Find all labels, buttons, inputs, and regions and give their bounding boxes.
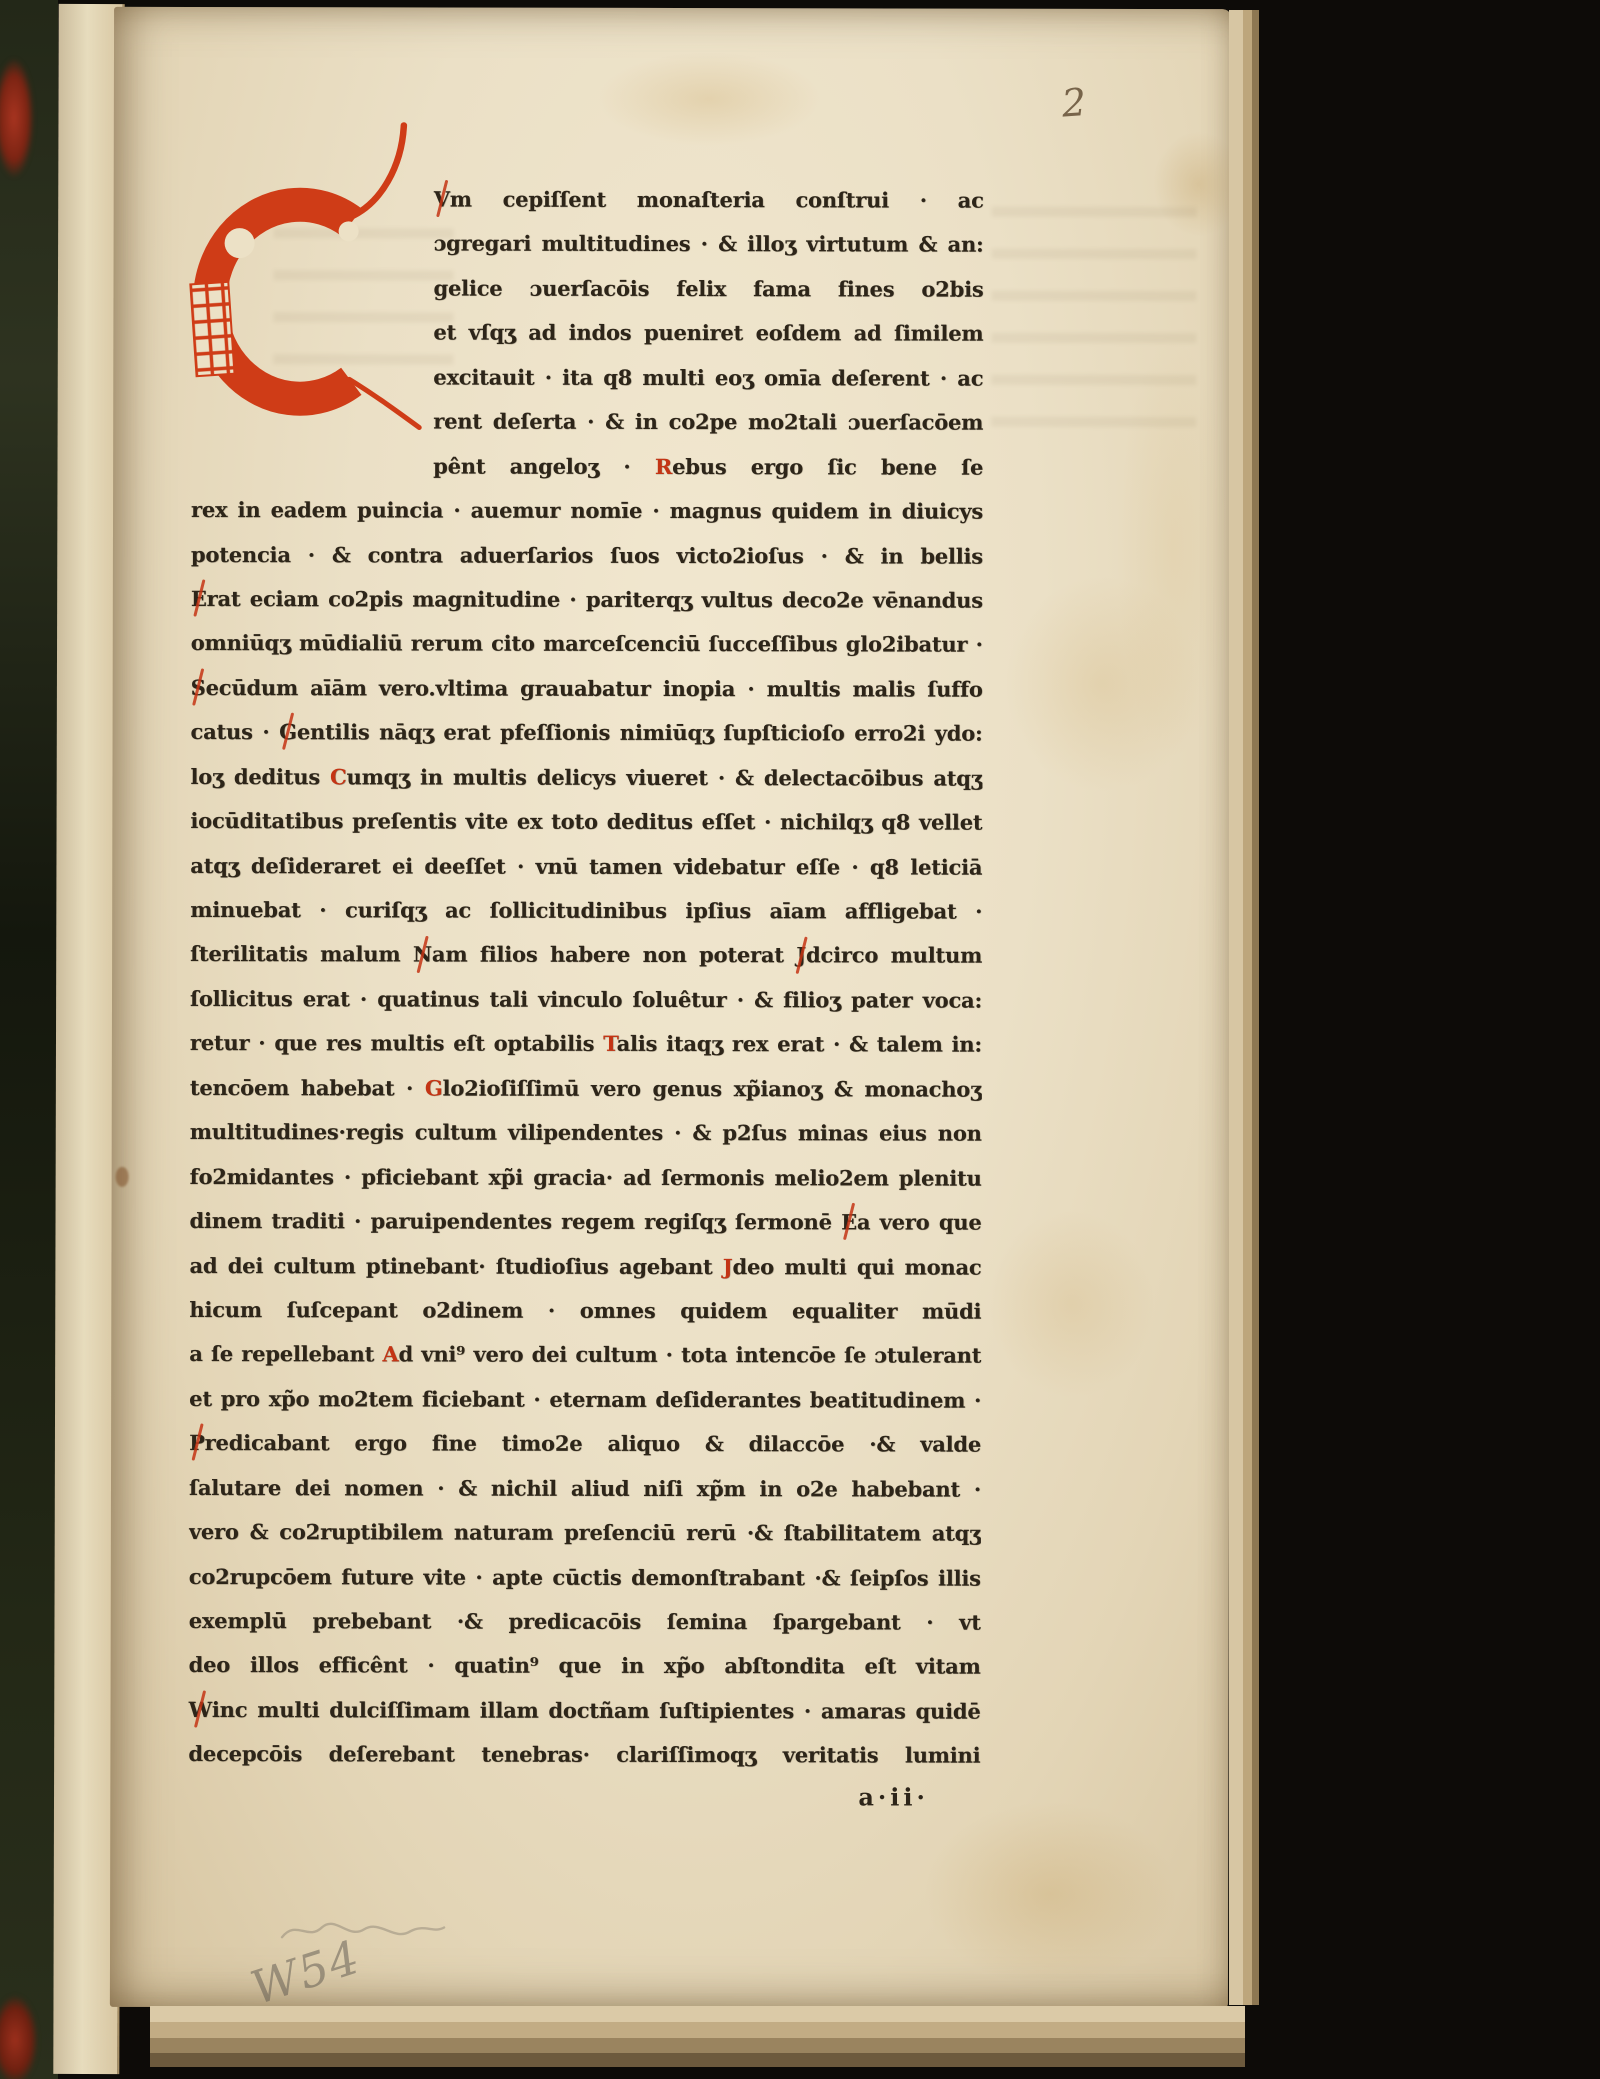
line-text: minuebat · curiſqʒ ac ſollicitudinibus i… (190, 897, 982, 934)
rubricated-letter: G (425, 1075, 443, 1100)
line-text: dinem traditi · paruipendentes regem reg… (190, 1208, 842, 1234)
text-line-10: Erat eciam co2pis magnitudine · pariterq… (191, 577, 983, 623)
rubricated-letter: S (191, 666, 206, 710)
line-text: redicabant ergo fine timo2e aliquo & dil… (189, 1430, 981, 1467)
line-text: potencia · & contra aduerſarios ſuos vic… (191, 541, 983, 578)
line-text: rex in eadem puincia · auemur nomīe · ma… (191, 497, 983, 534)
text-line-3: gelice ɔuerſacōis felix fama fines o2bis… (433, 266, 983, 312)
text-line-22: multitudines·regis cultum vilipendentes … (190, 1110, 982, 1156)
line-text: rent deſerta · & in co2pe mo2tali ɔuerſa… (433, 409, 983, 446)
text-line-12: Secūdum aīām vero.vltima grauabatur inop… (191, 666, 983, 712)
stain (880, 1768, 1221, 2019)
line-text: tencōem habebat · (190, 1075, 425, 1100)
folio-number: 2 (1060, 80, 1087, 126)
fore-edge-leaf (1229, 10, 1243, 2005)
text-line-11: omniūqʒ mūdialiū rerum cito marceſcenciū… (191, 621, 983, 667)
stain (1097, 269, 1248, 829)
line-text: iocūditatibus preſentis vite ex toto ded… (190, 808, 982, 835)
line-text: fo2midantes · pficiebant xp̃i gracia· ad… (190, 1164, 982, 1191)
line-text: multitudines·regis cultum vilipendentes … (190, 1119, 982, 1146)
text-line-21: tencōem habebat · Glo2ioſiſſimū vero gen… (190, 1066, 982, 1112)
rubricated-letter: N (413, 933, 432, 977)
line-text: alis itaqʒ rex erat · & talem in: (617, 1031, 982, 1057)
rubricated-letter: E (191, 577, 207, 621)
line-text: ſterilitatis malum (190, 941, 413, 966)
fore-edge-leaf (1252, 10, 1259, 2005)
rubricated-letter: P (189, 1421, 205, 1465)
line-text: rat eciam co2pis magnitudine · pariterqʒ… (207, 586, 983, 613)
rubricated-letter: T (603, 1031, 616, 1056)
text-line-20: retur · que res multis eſt optabilis Tal… (190, 1021, 982, 1067)
text-line-16: atqʒ deſideraret ei deeſſet · vnū tamen … (190, 844, 982, 890)
rubricated-letter: J (723, 1254, 733, 1279)
text-line-26: hicum ſuſcepant o2dinem · omnes quidem e… (189, 1288, 981, 1334)
line-text: vero & co2ruptibilem naturam preſenciū r… (189, 1519, 981, 1556)
text-line-30: ſalutare dei nomen · & nichil aliud niſi… (189, 1466, 981, 1512)
line-text: inc multi dulciſſimam illam doctñam ſuſt… (212, 1697, 981, 1724)
line-text: umqʒ in multis delicys viueret · & delec… (347, 764, 983, 790)
line-text: omniūqʒ mūdialiū rerum cito marceſcenciū… (191, 630, 983, 657)
fore-edge-leaf (1243, 10, 1252, 2005)
tail-edge-leaf (150, 2022, 1245, 2038)
rubricated-letter: W (188, 1688, 211, 1733)
tail-edge-leaf (150, 2038, 1245, 2053)
text-line-5: excitauit · ita q8 multi eoʒ omīa deſere… (433, 355, 983, 401)
tail-edge-leaf (150, 2053, 1245, 2067)
text-line-33: exemplū prebebant ·& predicacōis ſemina … (189, 1599, 981, 1645)
line-text: m cepiſſent monaſteria conſtrui · ac mon… (434, 187, 984, 224)
ink-spot (116, 1167, 129, 1187)
signature-mark: a·ii· (858, 1782, 929, 1811)
rubricated-letter: E (841, 1200, 857, 1244)
line-text: et vſqʒ ad indos pueniret eoſdem ad ſimi… (433, 320, 983, 357)
rubricated-letter: C (330, 764, 347, 789)
rubricated-letter: V (434, 178, 450, 222)
line-text: catus · (191, 719, 280, 744)
stain (967, 534, 1238, 835)
line-text: hicum ſuſcepant o2dinem · omnes quidem e… (189, 1297, 981, 1334)
text-line-28: et pro xp̃o mo2tem ficiebant · eternam d… (189, 1377, 981, 1423)
illuminated-initial-C: C (191, 177, 434, 446)
text-line-8: rex in eadem puincia · auemur nomīe · ma… (191, 488, 983, 534)
rubricated-letter: R (655, 454, 672, 479)
text-line-36: decepcōis deſerebant tenebras· clariſſim… (188, 1732, 980, 1778)
line-text: ɔgregari multitudines · & illoʒ virtutum… (434, 231, 984, 257)
line-text: am filios habere non poterat (432, 942, 796, 968)
page: 2 C (110, 7, 1232, 2009)
tail-edge-leaf (150, 2006, 1245, 2022)
line-text: ſollicitus erat · quatinus tali vinculo … (190, 986, 982, 1013)
text-line-19: ſollicitus erat · quatinus tali vinculo … (190, 977, 982, 1023)
line-text: deo illos efficênt · quatin⁹ que in xp̃o… (189, 1652, 981, 1689)
book-board-edge (0, 0, 58, 2079)
text-line-23: fo2midantes · pficiebant xp̃i gracia· ad… (190, 1155, 982, 1201)
text-line-35: Winc multi dulciſſimam illam doctñam ſuſ… (188, 1688, 980, 1734)
stain (554, 34, 864, 165)
text-line-2: ɔgregari multitudines · & illoʒ virtutum… (434, 222, 984, 268)
rubricated-letter: G (279, 710, 297, 754)
text-line-17: minuebat · curiſqʒ ac ſollicitudinibus i… (190, 888, 982, 934)
text-line-9: potencia · & contra aduerſarios ſuos vic… (191, 532, 983, 578)
text-block: C (188, 177, 983, 1778)
red-cloth-spine-top (0, 58, 34, 178)
line-text: ecūdum aīām vero.vltima grauabatur inopi… (206, 675, 983, 702)
line-text: lo2ioſiſſimū vero genus xp̃ianoʒ & monac… (443, 1075, 982, 1101)
photograph-of-incunable-page: 2 C (0, 0, 1600, 2079)
line-text: d vni⁹ vero dei cultum · tota intencōe ſ… (399, 1342, 982, 1368)
line-text: entilis nāqʒ erat pfeſſionis nimiūqʒ ſup… (297, 719, 983, 745)
red-cloth-spine-bottom (0, 1995, 38, 2079)
line-text: et pro xp̃o mo2tem ficiebant · eternam d… (189, 1386, 981, 1413)
text-line-18: ſterilitatis malum Nam filios habere non… (190, 932, 982, 978)
text-line-13: catus · Gentilis nāqʒ erat pfeſſionis ni… (191, 710, 983, 756)
text-line-14: loʒ deditus Cumqʒ in multis delicys viue… (190, 755, 982, 801)
line-text: loʒ deditus (190, 764, 330, 789)
text-line-7: pênt angeloʒ · Rebus ergo ſic bene ſe ha… (433, 444, 983, 490)
line-text: excitauit · ita q8 multi eoʒ omīa deſere… (433, 364, 983, 401)
line-text: atqʒ deſideraret ei deeſſet · vnū tamen … (190, 853, 982, 890)
line-text: decepcōis deſerebant tenebras· clariſſim… (188, 1741, 980, 1778)
text-line-15: iocūditatibus preſentis vite ex toto ded… (190, 799, 982, 845)
text-line-27: a ſe repellebant Ad vni⁹ vero dei cultum… (189, 1332, 981, 1378)
text-line-6: rent deſerta · & in co2pe mo2tali ɔuerſa… (433, 400, 983, 446)
text-line-25: ad dei cultum ptinebant· ſtudioſius ageb… (189, 1243, 981, 1289)
stain (956, 1174, 1187, 1434)
rubricated-letter: A (382, 1342, 398, 1367)
line-text: deo multi qui monac (733, 1254, 982, 1280)
line-text: a ſe repellebant (189, 1341, 382, 1366)
text-line-31: vero & co2ruptibilem naturam preſenciū r… (189, 1510, 981, 1556)
bleedthrough-text (991, 194, 1197, 439)
line-text: ad dei cultum ptinebant· ſtudioſius ageb… (189, 1252, 722, 1278)
line-text: co2rupcōem future vite · apte cūctis dem… (189, 1564, 981, 1591)
text-line-24: dinem traditi · paruipendentes regem reg… (190, 1199, 982, 1245)
line-text: pênt angeloʒ · (433, 453, 655, 478)
line-text: gelice ɔuerſacōis felix fama fines o2bis… (433, 275, 983, 312)
text-line-32: co2rupcōem future vite · apte cūctis dem… (189, 1555, 981, 1601)
rubricated-letter: J (796, 934, 806, 978)
text-line-29: Predicabant ergo fine timo2e aliquo & di… (189, 1421, 981, 1467)
text-line-1: Vm cepiſſent monaſteria conſtrui · ac mo… (434, 178, 984, 224)
text-line-34: deo illos efficênt · quatin⁹ que in xp̃o… (189, 1643, 981, 1689)
initial-C-artwork (185, 121, 438, 452)
line-text: dcirco multum (806, 943, 982, 968)
text-line-4: et vſqʒ ad indos pueniret eoſdem ad ſimi… (433, 311, 983, 357)
line-text: retur · que res multis eſt optabilis (190, 1030, 603, 1056)
line-text: exemplū prebebant ·& predicacōis ſemina … (189, 1608, 981, 1645)
line-text: ſalutare dei nomen · & nichil aliud niſi… (189, 1475, 981, 1512)
line-text: a vero que (857, 1209, 982, 1234)
